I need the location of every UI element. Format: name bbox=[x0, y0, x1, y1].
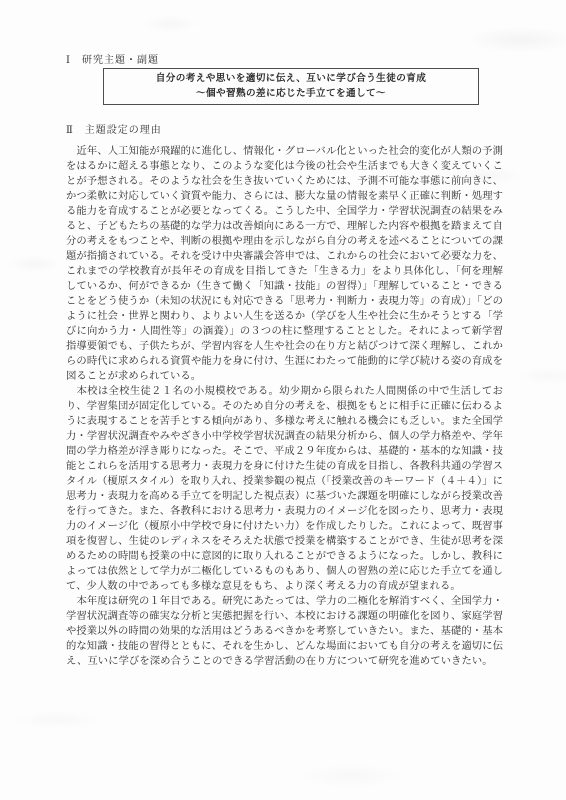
research-title-main: 自分の考えや思いを適切に伝え、互いに学び合う生徒の育成 bbox=[108, 71, 474, 86]
section-2-body: 近年、人工知能が飛躍的に進化し、情報化・グローバル化といった社会的変化が人類の予… bbox=[66, 144, 503, 669]
research-title-box: 自分の考えや思いを適切に伝え、互いに学び合う生徒の育成 ～個や習熟の差に応じた手… bbox=[103, 68, 479, 105]
paragraph-social-change: 近年、人工知能が飛躍的に進化し、情報化・グローバル化といった社会的変化が人類の予… bbox=[66, 144, 503, 384]
research-title-subtitle: ～個や習熟の差に応じた手立てを通して～ bbox=[108, 86, 474, 101]
paragraph-this-year-plan: 本年度は研究の１年目である。研究にあたっては、学力の二極化を解消すべく、全国学力… bbox=[66, 594, 503, 669]
section-2-heading: Ⅱ 主題設定の理由 bbox=[66, 124, 503, 138]
section-1-heading: Ⅰ 研究主題・副題 bbox=[66, 54, 503, 68]
paragraph-school-context: 本校は全校生徒２１名の小規模校である。幼少期から限られた人間関係の中で生活してお… bbox=[66, 384, 503, 594]
document-page: Ⅰ 研究主題・副題 自分の考えや思いを適切に伝え、互いに学び合う生徒の育成 ～個… bbox=[0, 0, 566, 800]
